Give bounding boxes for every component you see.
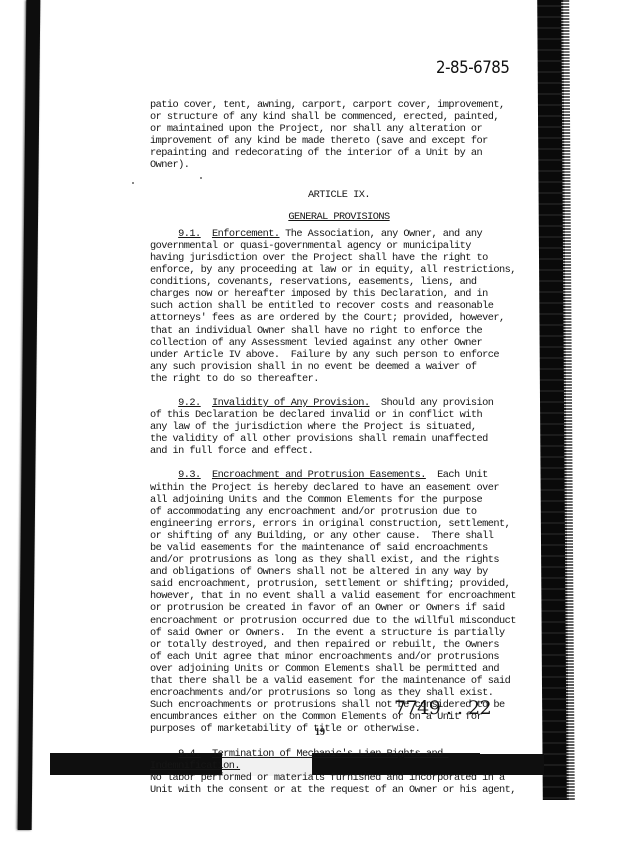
article-heading: ARTICLE IX. [150,189,528,201]
section-number: 9.1. [178,228,201,240]
text-line: that there shall be a valid easement for… [150,675,528,687]
text-line: repainting and redecorating of the inter… [150,147,528,159]
text-line: any law of the jurisdiction where the Pr… [150,421,528,433]
section-9-1: 9.1. Enforcement. The Association, any O… [150,228,528,385]
text-line: and in full force and effect. [150,445,528,457]
section-number: 9.4. [178,748,201,760]
text-line: improvement of any kind be made thereto … [150,135,528,147]
text-line: and/or protrusions as long as they shall… [150,554,528,566]
article-title: GENERAL PROVISIONS [150,211,528,223]
section-heading-line: 9.2. Invalidity of Any Provision. Should… [150,397,528,409]
section-heading-line: 9.1. Enforcement. The Association, any O… [150,228,528,240]
text-line: the right to do so thereafter. [150,373,528,385]
section-title: Encroachment and Protrusion Easements. [212,469,426,481]
section-heading-line: 9.3. Encroachment and Protrusion Easemen… [150,469,528,481]
text-line: all adjoining Units and the Common Eleme… [150,494,528,506]
text-line: patio cover, tent, awning, carport, carp… [150,99,528,111]
text-line: or structure of any kind shall be commen… [150,111,528,123]
section-9-4: 9.4. Termination of Mechanic's Lien Righ… [150,748,528,796]
text-line: over adjoining Units or Common Elements … [150,663,528,675]
text-line: purposes of marketability of title or ot… [150,723,528,735]
text-line: under Article IV above. Failure by any s… [150,349,528,361]
text-line: having jurisdiction over the Project sha… [150,252,528,264]
section-number: 9.3. [178,469,201,481]
text-line: or maintained upon the Project, nor shal… [150,123,528,135]
section-heading-line: 9.4. Termination of Mechanic's Lien Righ… [150,748,528,772]
text-line: of this Declaration be declared invalid … [150,409,528,421]
section-9-2: 9.2. Invalidity of Any Provision. Should… [150,397,528,457]
section-text: Should any provision [370,397,494,409]
text-line: engineering errors, errors in original c… [150,518,528,530]
text-line: that an individual Owner shall have no r… [150,325,528,337]
section-number: 9.2. [178,397,201,409]
text-line: Unit with the consent or at the request … [150,784,528,796]
scan-border-right [537,0,569,800]
text-line: such action shall be entitled to recover… [150,300,528,312]
page-number: 19 [315,727,325,738]
text-line: of accommodating any encroachment and/or… [150,506,528,518]
scan-border-left [18,0,41,830]
case-number: 2-85-6785 [436,58,509,78]
text-line: of said Owner or Owners. In the event a … [150,627,528,639]
text-line: governmental or quasi-governmental agenc… [150,240,528,252]
text-line: the validity of all other provisions sha… [150,433,528,445]
text-line: any such provision shall in no event be … [150,361,528,373]
text-line: No labor performed or materials furnishe… [150,772,528,784]
text-line: attorneys' fees as are ordered by the Co… [150,312,528,324]
text-line: or protrusion be created in favor of an … [150,602,528,614]
text-line: said encroachment, protrusion, settlemen… [150,578,528,590]
text-line: charges now or hereafter imposed by this… [150,288,528,300]
text-line: and obligations of Owners shall not be a… [150,566,528,578]
text-line: conditions, covenants, reservations, eas… [150,276,528,288]
text-line: collection of any Assessment levied agai… [150,337,528,349]
section-title: Enforcement. [212,228,280,240]
section-text: Each Unit [426,469,488,481]
text-line: however, that in no event shall a valid … [150,590,528,602]
text-line: be valid easements for the maintenance o… [150,542,528,554]
stamp-number: 7749 . . 22 [394,697,491,719]
text-line: or totally destroyed, and then repaired … [150,639,528,651]
section-9-3: 9.3. Encroachment and Protrusion Easemen… [150,469,528,735]
text-line: or shifting of any Building, or any othe… [150,530,528,542]
text-line: enforce, by any proceeding at law or in … [150,264,528,276]
text-line: of each Unit agree that minor encroachme… [150,651,528,663]
document-body: patio cover, tent, awning, carport, carp… [150,99,528,796]
text-line: Owner). [150,159,528,171]
text-line: within the Project is hereby declared to… [150,482,528,494]
opening-paragraph: patio cover, tent, awning, carport, carp… [150,99,528,172]
section-title: Invalidity of Any Provision. [212,397,370,409]
text-line: encroachment or protrusion occurred due … [150,615,528,627]
section-text: The Association, any Owner, and any [280,228,483,240]
